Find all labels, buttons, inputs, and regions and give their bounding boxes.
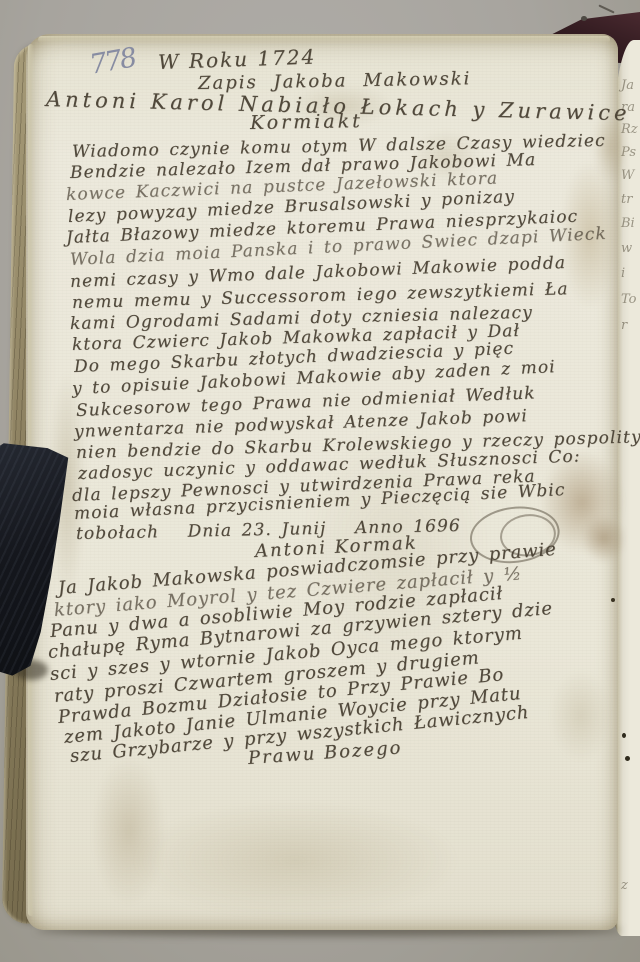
debris-speck xyxy=(581,16,587,21)
wormhole-dot xyxy=(622,733,626,738)
heading-subtitle: Zapis Jakoba Makowski xyxy=(198,68,472,94)
handwriting-layer: 778 W Roku 1724 Zapis Jakoba Makowski An… xyxy=(0,0,640,962)
wormhole-dot xyxy=(625,756,630,761)
manuscript-photo: Ja ra Rz Ps W tr Bi w i To r z 778 W Rok… xyxy=(0,0,640,962)
heading-year-line: W Roku 1724 xyxy=(158,44,317,74)
heading-surname: Kormiakt xyxy=(250,110,363,134)
wormhole-dot xyxy=(611,598,615,602)
page-number: 778 xyxy=(87,42,137,80)
